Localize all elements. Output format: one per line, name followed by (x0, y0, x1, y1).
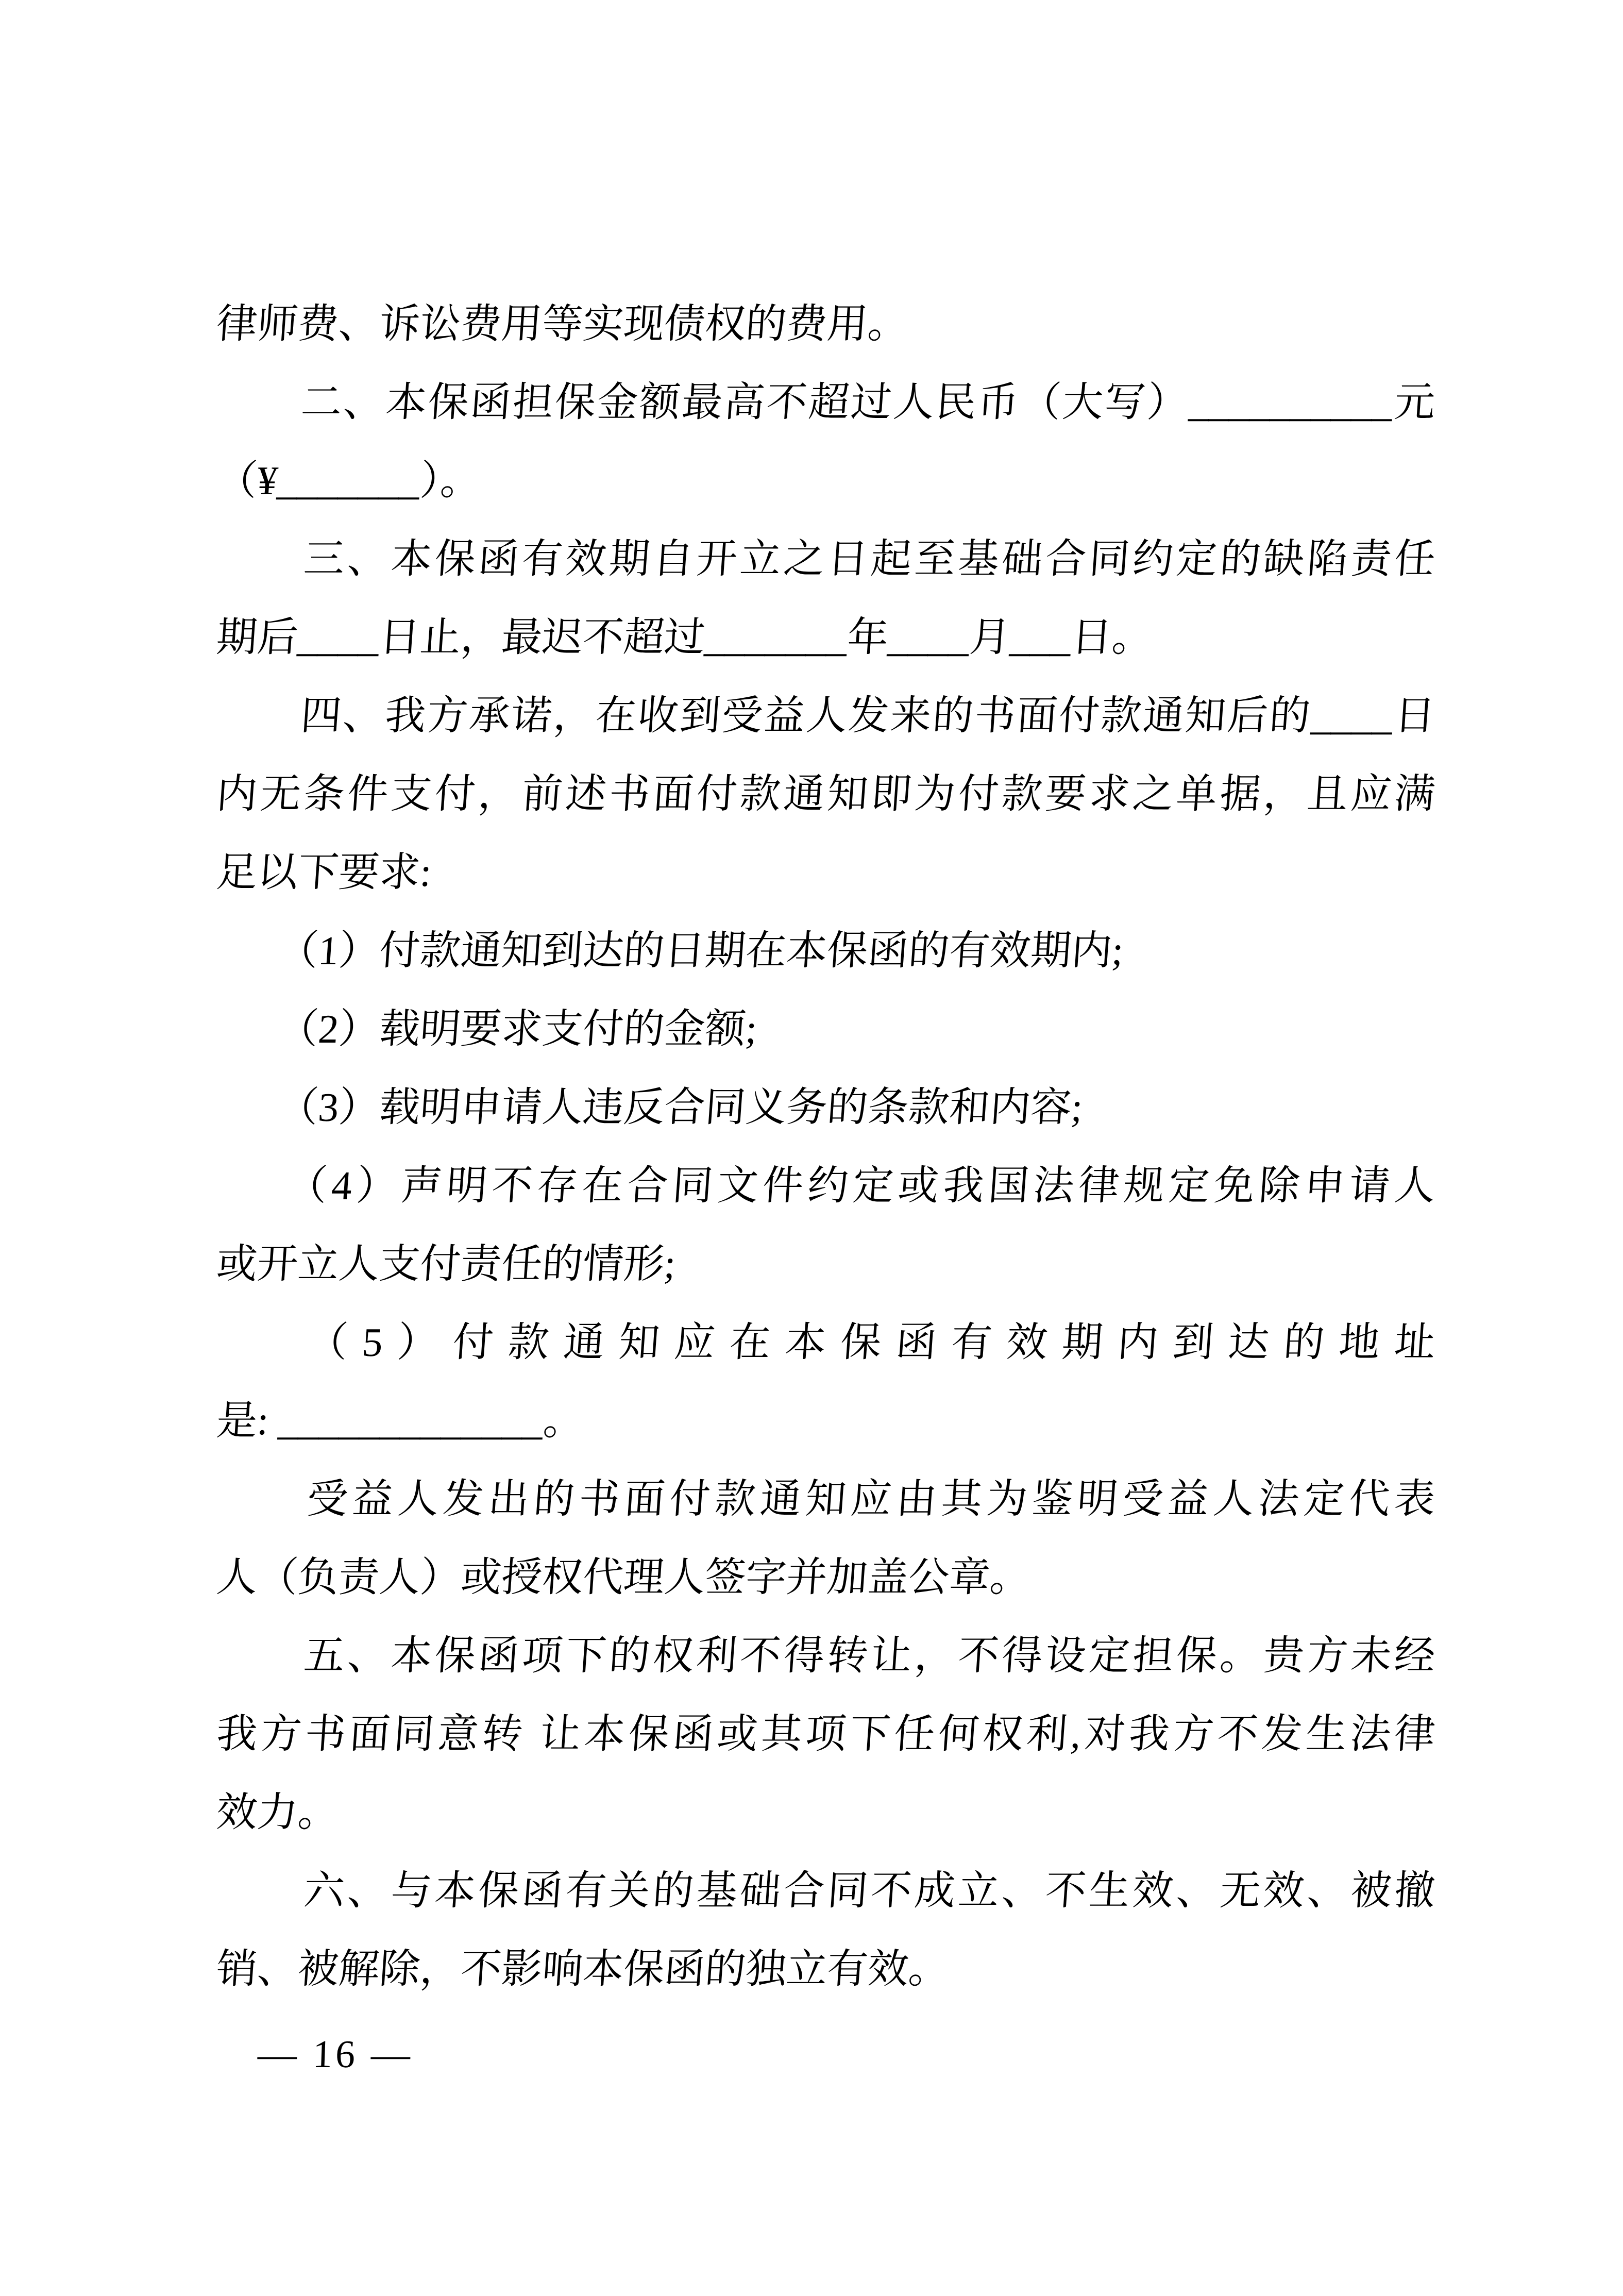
text-line: 销、被解除，不影响本保函的独立有效。 (214, 1931, 1438, 2009)
page-number: — 16 — (256, 2016, 414, 2092)
text-line: 期后____日止，最迟不超过_______年____月___日。 (214, 599, 1438, 677)
text-line: 受益人发出的书面付款通知应由其为鉴明受益人法定代表 (214, 1461, 1438, 1539)
text-line: 效力。 (214, 1774, 1438, 1852)
document-body: 律师费、诉讼费用等实现债权的费用。 二、本保函担保金额最高不超过人民币（大写）_… (214, 286, 1432, 2009)
text-line: 足以下要求: (214, 834, 1438, 912)
text-line: （3）载明申请人违反合同义务的条款和内容; (214, 1069, 1438, 1147)
text-line: 三、本保函有效期自开立之日起至基础合同约定的缺陷责任 (214, 521, 1438, 599)
text-line: 是: _____________。 (214, 1382, 1438, 1461)
text-line: 五、本保函项下的权利不得转让，不得设定担保。贵方未经 (214, 1617, 1438, 1696)
text-line: 律师费、诉讼费用等实现债权的费用。 (214, 286, 1438, 364)
text-line: 我方书面同意转 让本保函或其项下任何权利,对我方不发生法律 (214, 1696, 1438, 1774)
text-line: （4）声明不存在合同文件约定或我国法律规定免除申请人 (214, 1147, 1438, 1226)
document-page: 律师费、诉讼费用等实现债权的费用。 二、本保函担保金额最高不超过人民币（大写）_… (0, 0, 1623, 2296)
text-line: （5）付款通知应在本保函有效期内到达的地址 (214, 1304, 1438, 1382)
text-line: 二、本保函担保金额最高不超过人民币（大写）__________元 (214, 364, 1438, 442)
text-line: 六、与本保函有关的基础合同不成立、不生效、无效、被撤 (214, 1852, 1438, 1931)
text-line: （2）载明要求支付的金额; (214, 991, 1438, 1069)
text-line: （¥_______）。 (214, 442, 1438, 521)
text-line: 人（负责人）或授权代理人签字并加盖公章。 (214, 1539, 1438, 1617)
text-line: 内无条件支付，前述书面付款通知即为付款要求之单据，且应满 (214, 756, 1438, 834)
text-line: 或开立人支付责任的情形; (214, 1226, 1438, 1304)
text-line: 四、我方承诺，在收到受益人发来的书面付款通知后的____日 (214, 677, 1438, 756)
text-line: （1）付款通知到达的日期在本保函的有效期内; (214, 912, 1438, 991)
